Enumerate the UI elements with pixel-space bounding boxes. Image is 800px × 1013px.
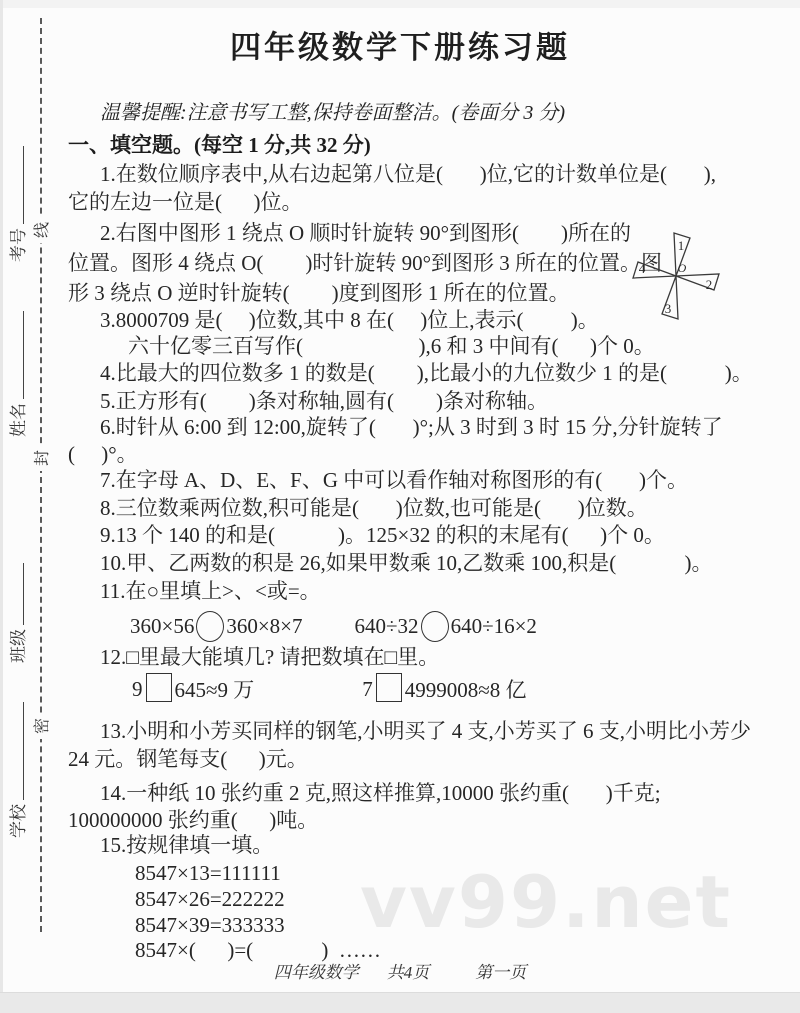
seal-char-feng: 封	[33, 445, 52, 471]
field-school-line[interactable]	[9, 702, 24, 800]
field-name-label: 姓名	[8, 403, 30, 437]
q11-expr-right-1: 360×8×7	[226, 614, 302, 639]
q12-digit-1: 9	[132, 677, 143, 702]
seal-dashed-line	[40, 18, 42, 932]
page-title: 四年级数学下册练习题	[0, 22, 800, 67]
scan-edge-top	[0, 0, 800, 8]
field-class: 班级	[8, 551, 30, 663]
question-6-line-1: 6.时针从 6:00 到 12:00,旋转了( )°;从 3 时到 3 时 15…	[100, 414, 723, 441]
footer-course: 四年级数学	[274, 958, 359, 983]
field-exam-number: 考号	[8, 132, 30, 262]
rotation-pinwheel-figure: 1 2 3 4 O	[612, 220, 732, 338]
blade-2-shape	[676, 274, 719, 290]
section-heading: 一、填空题。(每空 1 分,共 32 分)	[68, 132, 371, 159]
field-name-line[interactable]	[9, 311, 24, 399]
q11-compare-circle-1[interactable]	[196, 611, 224, 642]
field-exam-number-label: 考号	[8, 228, 30, 262]
reminder-text: 温馨提醒:注意书写工整,保持卷面整洁。(卷面分 3 分)	[100, 100, 565, 127]
question-13-line-1: 13.小明和小芳买同样的钢笔,小明买了 4 支,小芳买了 6 支,小明比小芳少	[100, 718, 751, 745]
blade-3-label: 3	[665, 301, 672, 316]
q12-approx-2: 4999008≈8 亿	[405, 674, 527, 704]
q11-compare-circle-2[interactable]	[421, 611, 449, 642]
question-1-line-1: 1.在数位顺序表中,从右边起第八位是( )位,它的计数单位是( ),	[100, 161, 716, 188]
question-5: 5.正方形有( )条对称轴,圆有( )条对称轴。	[100, 388, 548, 415]
q11-expr-right-2: 640÷16×2	[451, 614, 537, 639]
center-point-label: O	[678, 261, 687, 275]
q12-digit-2: 7	[362, 677, 373, 702]
question-2-line-3: 形 3 绕点 O 逆时针旋转( )度到图形 1 所在的位置。	[68, 280, 570, 307]
q11-expr-left-2: 640÷32	[355, 614, 419, 639]
question-11: 11.在○里填上>、<或=。	[100, 578, 321, 605]
blade-4-label: 4	[639, 261, 646, 276]
q15-equation-1: 8547×13=111111	[135, 860, 281, 887]
page-footer: 四年级数学 共4页 第一页	[0, 958, 800, 983]
footer-page-number: 第一页	[475, 958, 526, 983]
scan-edge-left	[0, 0, 3, 1013]
q15-equation-2: 8547×26=222222	[135, 886, 285, 913]
field-school-label: 学校	[8, 804, 30, 838]
field-name: 姓名	[8, 300, 30, 437]
seal-char-line: 线	[33, 217, 52, 243]
question-12-fill-row: 9 645≈9 万 7 4999008≈8 亿	[132, 672, 527, 706]
question-13-line-2: 24 元。钢笔每支( )元。	[68, 746, 308, 773]
question-4: 4.比最大的四位数多 1 的数是( ),比最小的九位数少 1 的是( )。	[100, 360, 753, 387]
q11-expr-left-1: 360×56	[130, 614, 194, 639]
field-school: 学校	[8, 688, 30, 838]
q12-approx-1: 645≈9 万	[175, 674, 255, 704]
question-9: 9.13 个 140 的和是( )。125×32 的积的末尾有( )个 0。	[100, 522, 665, 549]
blade-1-label: 1	[678, 238, 685, 253]
footer-total-pages: 共4页	[387, 958, 430, 983]
question-14-line-2: 100000000 张约重( )吨。	[68, 807, 318, 834]
scan-edge-bottom	[0, 992, 800, 1013]
field-class-line[interactable]	[9, 563, 24, 625]
blade-2-label: 2	[706, 277, 713, 292]
q15-equation-3: 8547×39=333333	[135, 912, 285, 939]
question-6-line-2: ( )°。	[68, 441, 138, 468]
question-7: 7.在字母 A、D、E、F、G 中可以看作轴对称图形的有( )个。	[100, 467, 688, 494]
question-12: 12.□里最大能填几? 请把数填在□里。	[100, 644, 439, 671]
question-8: 8.三位数乘两位数,积可能是( )位数,也可能是( )位数。	[100, 495, 648, 522]
q12-fill-box-2[interactable]	[376, 673, 402, 702]
exam-paper-page: 线 封 密 考号 姓名 班级 学校 vv99.net 四年级数学下册练习题 温馨…	[0, 0, 800, 1013]
question-3-line-2: 六十亿零三百写作( ),6 和 3 中间有( )个 0。	[128, 333, 655, 360]
question-10: 10.甲、乙两数的积是 26,如果甲数乘 10,乙数乘 100,积是( )。	[100, 550, 713, 577]
field-class-label: 班级	[8, 629, 30, 663]
question-2-line-2: 位置。图形 4 绕点 O( )时针旋转 90°到图形 3 所在的位置。图	[68, 250, 662, 277]
question-14-line-1: 14.一种纸 10 张约重 2 克,照这样推算,10000 张约重( )千克;	[100, 780, 661, 807]
question-11-compare-row: 360×56 360×8×7 640÷32 640÷16×2	[130, 608, 537, 644]
q12-fill-box-1[interactable]	[146, 673, 172, 702]
field-exam-number-line[interactable]	[9, 146, 24, 224]
seal-char-mi: 密	[33, 713, 52, 739]
question-3-line-1: 3.8000709 是( )位数,其中 8 在( )位上,表示( )。	[100, 307, 599, 334]
question-15: 15.按规律填一填。	[100, 832, 273, 859]
watermark: vv99.net	[360, 860, 732, 944]
question-1-line-2: 它的左边一位是( )位。	[68, 189, 303, 216]
question-2-line-1: 2.右图中图形 1 绕点 O 顺时针旋转 90°到图形( )所在的	[100, 220, 631, 247]
